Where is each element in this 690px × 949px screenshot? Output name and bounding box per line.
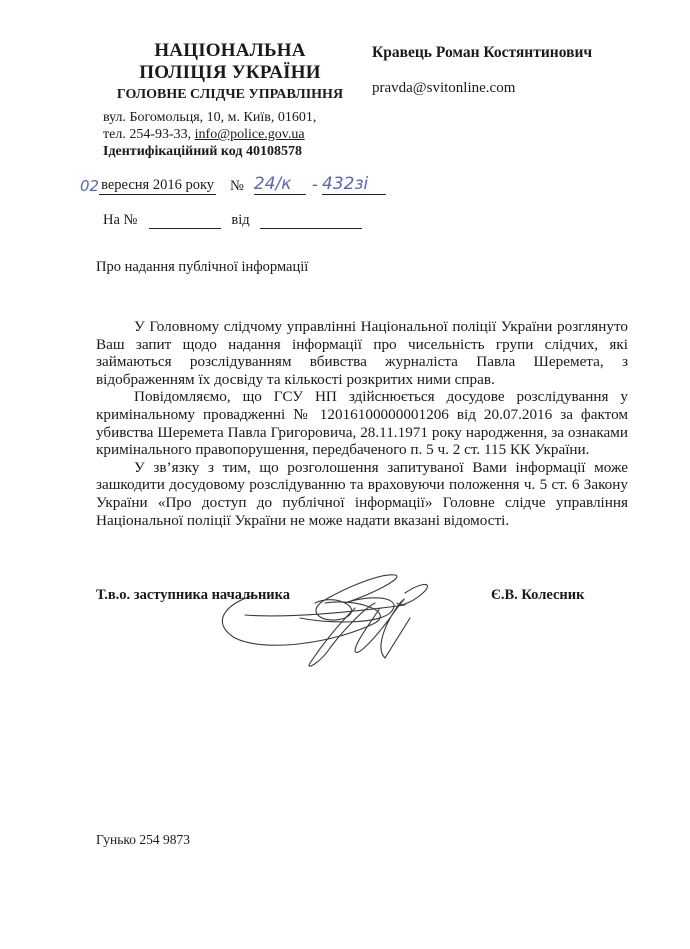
registration-line: 02 вересня 2016 року № 24/к - 432зі [80, 174, 386, 195]
body-paragraph: У зв’язку з тим, що розголошення запитув… [96, 459, 628, 529]
reply-reference-line: На № від [103, 212, 362, 229]
reply-from-label: від [231, 212, 249, 229]
org-header: НАЦІОНАЛЬНА ПОЛІЦІЯ УКРАЇНИ ГОЛОВНЕ СЛІД… [100, 40, 360, 105]
org-contacts: тел. 254-93-33, info@police.gov.ua [103, 126, 316, 143]
handwritten-signature [205, 563, 435, 678]
org-address-block: вул. Богомольця, 10, м. Київ, 01601, тел… [103, 109, 316, 160]
org-name-line1: НАЦІОНАЛЬНА [100, 40, 360, 62]
signatory-name: Є.В. Колесник [491, 587, 584, 604]
executor-contact: Гунько 254 9873 [96, 832, 190, 848]
number-sign: № [230, 178, 244, 195]
org-department: ГОЛОВНЕ СЛІДЧЕ УПРАВЛІННЯ [100, 85, 360, 105]
handwritten-number-part1: 24/к [254, 174, 306, 195]
registration-date: вересня 2016 року [99, 177, 216, 195]
recipient-email: pravda@svitonline.com [372, 80, 592, 97]
org-email-link[interactable]: info@police.gov.ua [195, 127, 305, 142]
org-name-line2: ПОЛІЦІЯ УКРАЇНИ [100, 62, 360, 84]
handwritten-number-part2: 432зі [322, 174, 386, 195]
number-separator: - [312, 175, 318, 195]
letter-subject: Про надання публічної інформації [96, 259, 308, 276]
reply-number-label: На № [103, 212, 137, 229]
org-phone: тел. 254-93-33, [103, 127, 195, 142]
org-address: вул. Богомольця, 10, м. Київ, 01601, [103, 109, 316, 126]
body-paragraph: Повідомляємо, що ГСУ НП здійснюється дос… [96, 388, 628, 458]
reply-number-field [149, 214, 221, 229]
letter-body: У Головному слідчому управлінні Націонал… [96, 318, 628, 529]
signature-scribble-icon [205, 563, 435, 673]
handwritten-day: 02 [80, 177, 99, 195]
signatory-title: Т.в.о. заступника начальника [96, 587, 290, 604]
org-id-code: Ідентифікаційний код 40108578 [103, 143, 316, 160]
recipient-name: Кравець Роман Костянтинович [372, 44, 592, 62]
recipient-block: Кравець Роман Костянтинович pravda@svito… [372, 44, 592, 97]
body-paragraph: У Головному слідчому управлінні Націонал… [96, 318, 628, 388]
reply-date-field [260, 214, 362, 229]
